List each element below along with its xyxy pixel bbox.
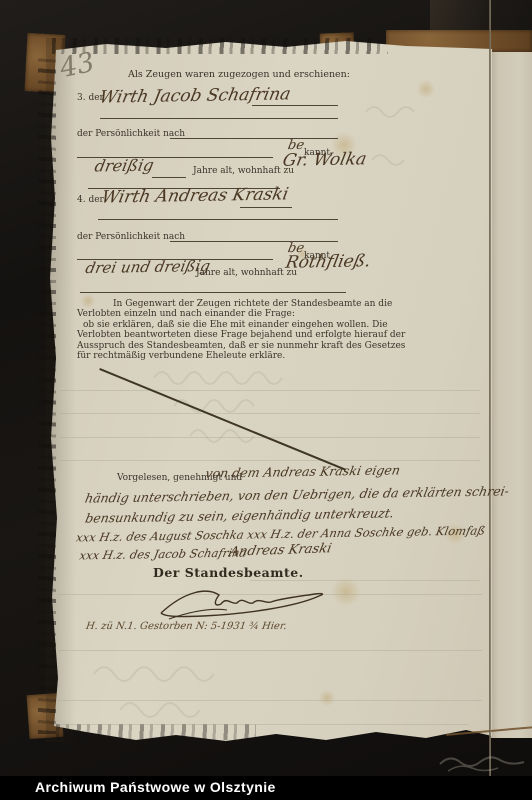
ink-bleedthrough-marks <box>360 100 440 190</box>
witness3-age: dreißig <box>93 155 155 175</box>
margin-note: H. zü N.1. Gestorben N: 5-1931 ¾ Hier. <box>85 621 287 632</box>
witness4-age-label: Jahre alt, wohnhaft zu <box>196 268 297 278</box>
witness4-identity-label: der Persönlichkeit nach <box>77 232 185 242</box>
declaration-line: Ausspruch des Standesbeamten, daß er sie… <box>77 341 429 351</box>
scanned-register-photo: 43 Als Zeugen waren zugezogen und erschi… <box>0 0 532 800</box>
witness4-name: Wirth Andreas Kraski <box>100 184 290 207</box>
foxing-stain <box>330 578 362 606</box>
declaration-line: In Gegenwart der Zeugen richtete der Sta… <box>77 299 429 309</box>
blank-line <box>240 207 292 208</box>
witnesses-heading: Als Zeugen waren zugezogen und erschiene… <box>128 69 350 80</box>
closing-hand-line2: händig unterschrieben, von den Uebrigen,… <box>84 483 511 505</box>
witness3-residence: Gr. Wolka <box>281 149 368 170</box>
blank-line <box>170 138 338 139</box>
foxing-stain <box>416 80 436 98</box>
blank-line <box>98 219 338 220</box>
blank-line <box>80 292 346 293</box>
witness4-age: drei und dreißig <box>84 257 212 277</box>
witness-signature: Andreas Kraski <box>228 541 333 560</box>
faint-rule <box>250 580 480 581</box>
registrar-signature <box>155 583 330 623</box>
blank-line <box>152 177 186 178</box>
blank-line <box>252 105 338 106</box>
declaration-paragraph: In Gegenwart der Zeugen richtete der Sta… <box>77 299 429 361</box>
declaration-line: Verlobten beantworteten diese Frage beja… <box>77 330 429 340</box>
declaration-line: ob sie erklären, daß sie die Ehe mit ein… <box>77 320 429 330</box>
declaration-line: Verlobten einzeln und nach einander die … <box>77 309 429 319</box>
witness-marks-line2: xxx H.z. des Jacob Schafrina <box>78 546 247 563</box>
faint-rule <box>58 650 482 651</box>
ink-bleedthrough-marks <box>150 366 350 466</box>
registrar-label: Der Standesbeamte. <box>153 565 304 580</box>
witness-marks-line1: xxx H.z. des August Soschka xxx H.z. der… <box>75 523 487 544</box>
faint-rule <box>60 413 480 414</box>
closing-hand-line1: von dem Andreas Kraski eigen <box>204 462 401 480</box>
faint-rule <box>58 700 482 701</box>
witness4-residence: Rothfließ. <box>284 251 373 272</box>
closing-hand-line3: bensunkundig zu sein, eigenhändig unterk… <box>84 505 396 525</box>
faint-rule <box>60 460 480 461</box>
faint-rule <box>58 724 468 725</box>
blank-line <box>170 241 338 242</box>
faint-rule <box>60 390 480 391</box>
witness3-identity-label: der Persönlichkeit nach <box>77 129 185 139</box>
blank-line <box>100 118 338 119</box>
declaration-line: für rechtmäßig verbundene Eheleute erklä… <box>77 351 429 361</box>
page-number: 43 <box>57 47 97 84</box>
foxing-stain <box>318 690 336 706</box>
witness3-age-label: Jahre alt, wohnhaft zu <box>193 166 294 176</box>
